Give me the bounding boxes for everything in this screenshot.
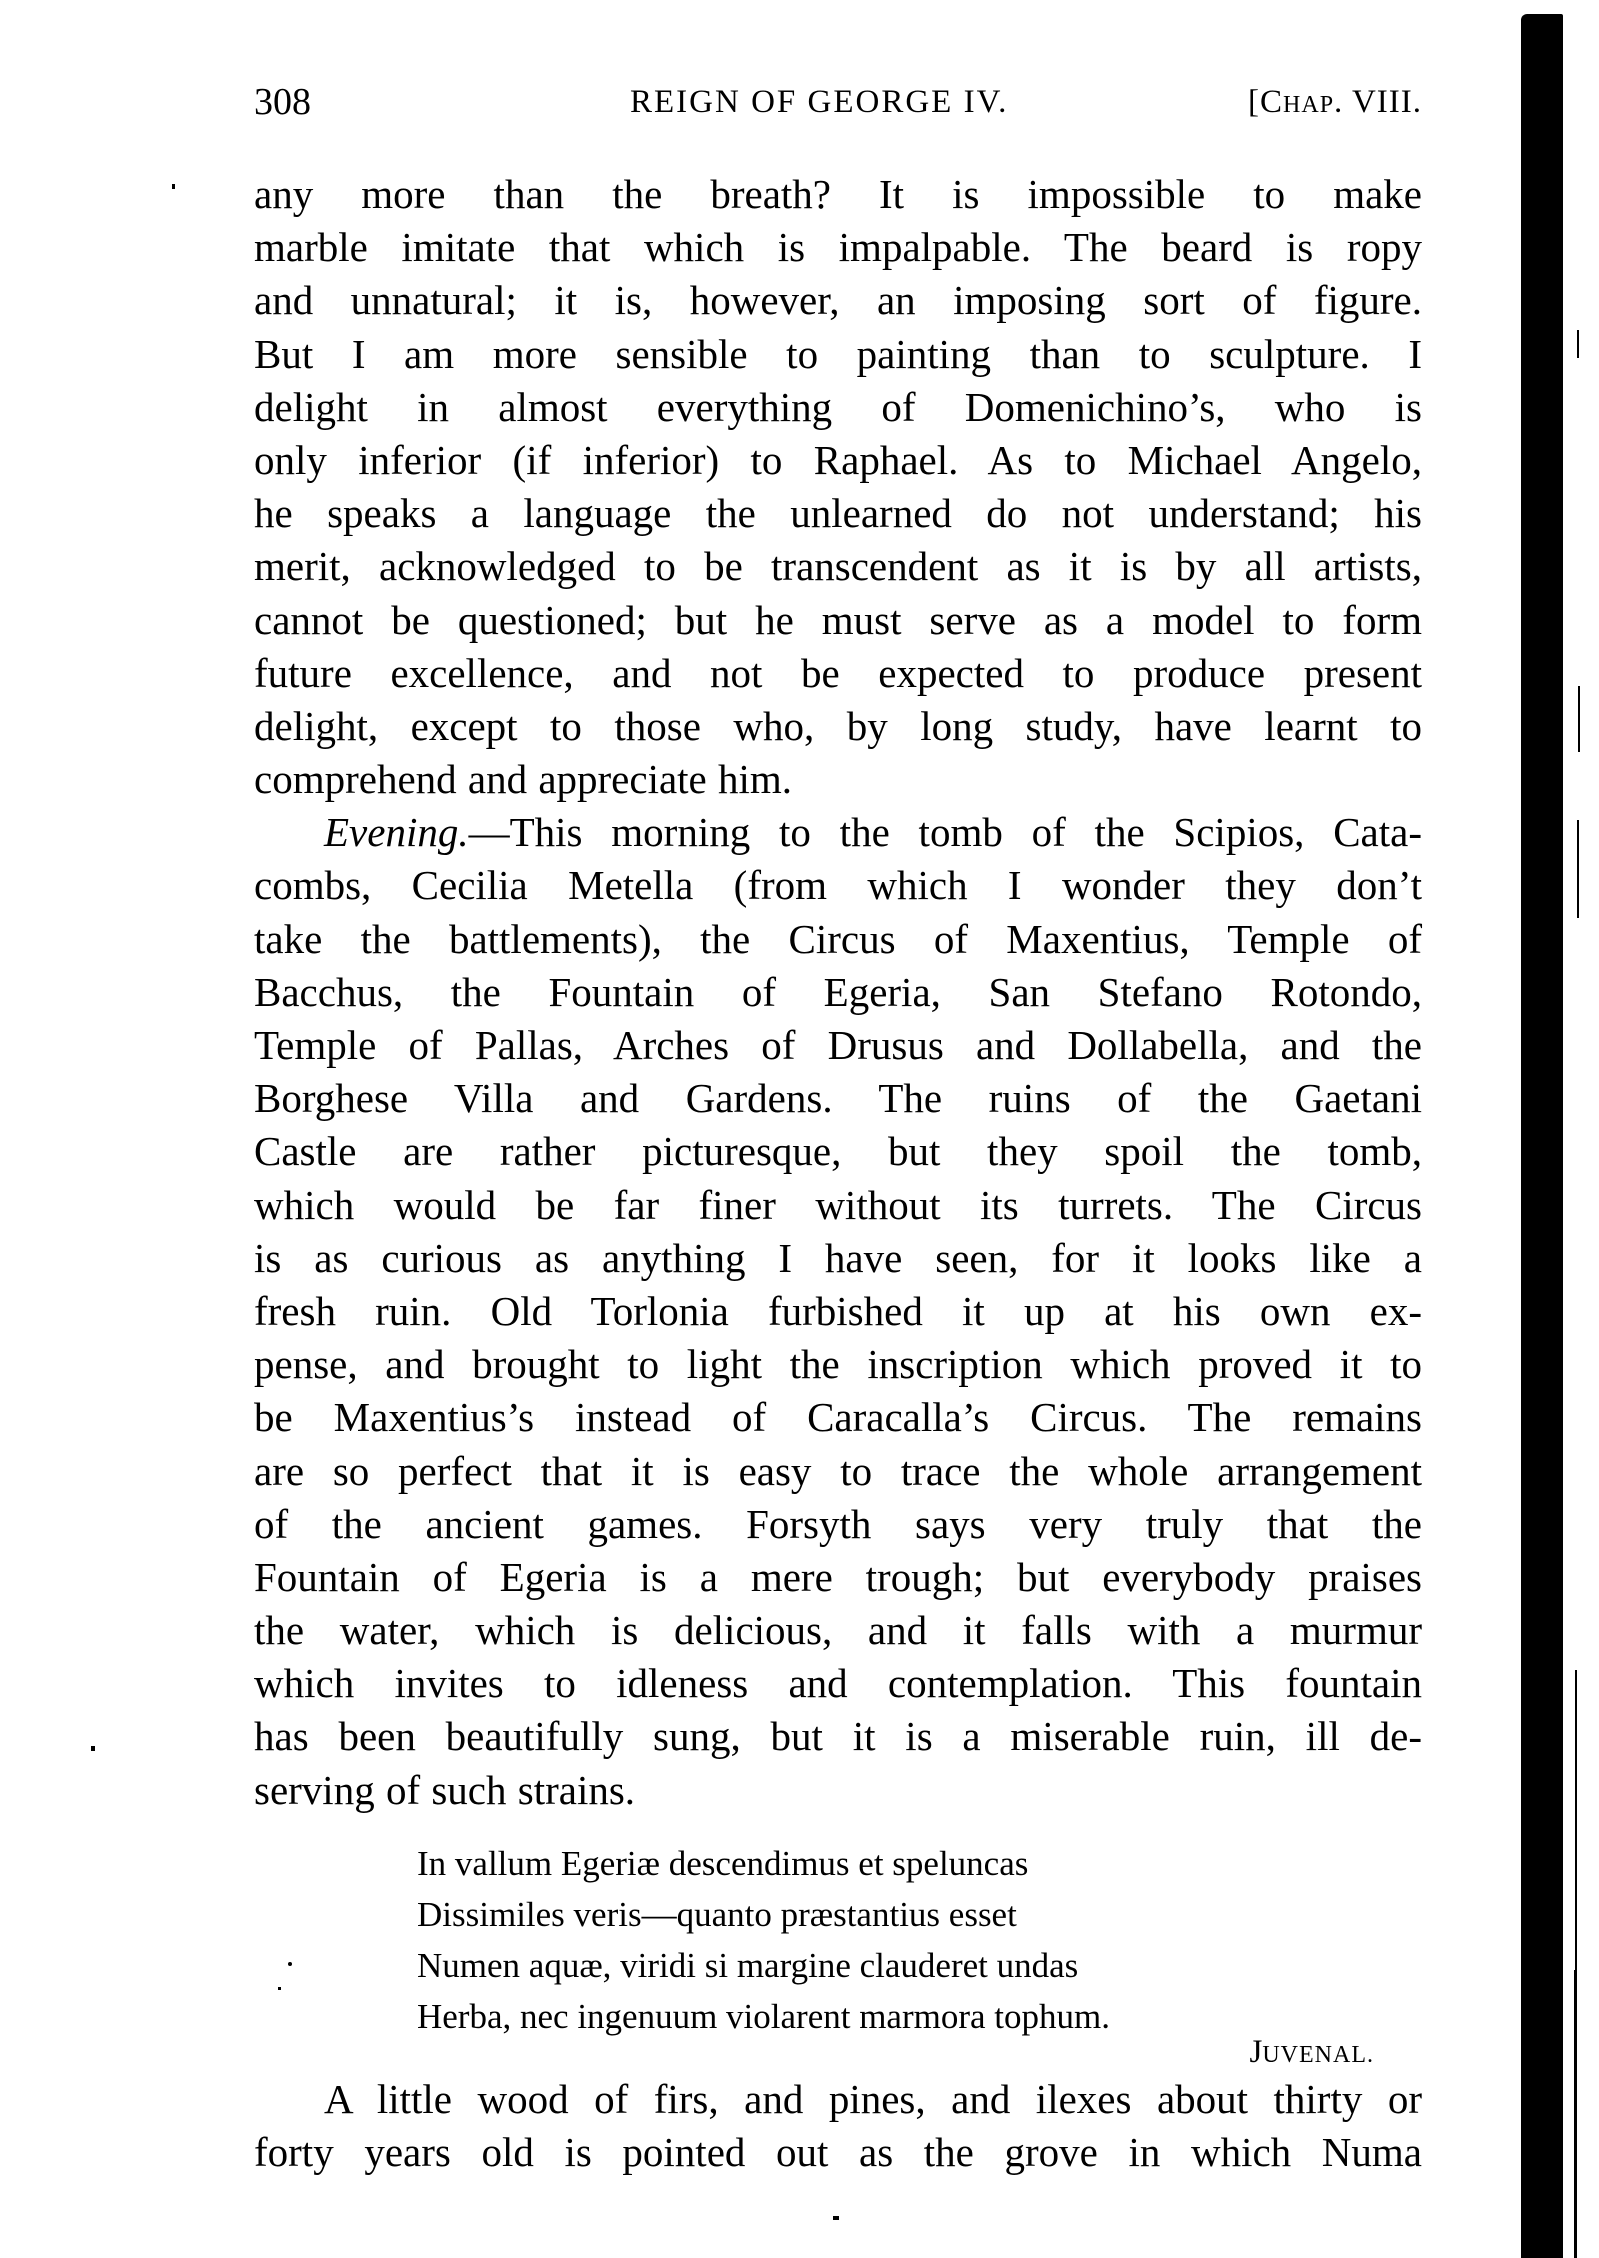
text-line: are so perfect that it is easy to trace …	[254, 1445, 1422, 1498]
italic-lead: Evening.	[324, 809, 469, 855]
text-line: he speaks a language the unlearned do no…	[254, 487, 1422, 540]
margin-scratch	[1577, 330, 1579, 358]
attribution-smallcaps: UVENAL.	[1262, 2042, 1374, 2068]
text-line: A little wood of firs, and pines, and il…	[254, 2073, 1422, 2126]
verse-quotation: In vallum Egeriæ descendimus et spelunca…	[417, 1838, 1397, 2042]
text-line: serving of such strains.	[254, 1764, 1422, 1817]
margin-scratch	[1578, 686, 1580, 752]
chapter-label: [CHAP. VIII.	[1248, 78, 1422, 129]
text-line: fresh ruin. Old Torlonia furbished it up…	[254, 1285, 1422, 1338]
text-line: merit, acknowledged to be transcendent a…	[254, 540, 1422, 593]
text-line: Bacchus, the Fountain of Egeria, San Ste…	[254, 966, 1422, 1019]
text-line: and unnatural; it is, however, an imposi…	[254, 274, 1422, 327]
text-line: comprehend and appreciate him.	[254, 753, 1422, 806]
speck-mark	[833, 2216, 839, 2220]
margin-scratch	[1577, 820, 1579, 918]
text-line: has been beautifully sung, but it is a m…	[254, 1710, 1422, 1763]
text-line: Fountain of Egeria is a mere trough; but…	[254, 1551, 1422, 1604]
text-line: forty years old is pointed out as the gr…	[254, 2126, 1422, 2179]
chapter-bracket: [C	[1248, 84, 1283, 120]
paragraph-3: A little wood of firs, and pines, and il…	[254, 2073, 1422, 2179]
text-line: Temple of Pallas, Arches of Drusus and D…	[254, 1019, 1422, 1072]
text-line: which invites to idleness and contemplat…	[254, 1657, 1422, 1710]
speck-mark	[288, 1962, 292, 1966]
verse-line: In vallum Egeriæ descendimus et spelunca…	[417, 1838, 1397, 1889]
paragraph-2: Evening.—This morning to the tomb of the…	[254, 806, 1422, 1817]
paragraph-1: any more than the breath? It is impossib…	[254, 168, 1422, 806]
text-line: But I am more sensible to painting than …	[254, 328, 1422, 381]
margin-scratch	[1574, 1970, 1577, 2258]
speck-mark	[172, 184, 175, 189]
chapter-smallcaps: HAP	[1283, 92, 1334, 118]
text-line: only inferior (if inferior) to Raphael. …	[254, 434, 1422, 487]
margin-scratch	[1575, 1670, 1577, 1970]
text-line: Borghese Villa and Gardens. The ruins of…	[254, 1072, 1422, 1125]
speck-mark	[91, 1746, 95, 1751]
speck-mark	[278, 1987, 281, 1990]
text-line: future excellence, and not be expected t…	[254, 647, 1422, 700]
binding-shadow-bar	[1521, 14, 1563, 2258]
page-number: 308	[254, 78, 311, 126]
text-line: of the ancient games. Forsyth says very …	[254, 1498, 1422, 1551]
running-title: REIGN OF GEORGE IV.	[630, 78, 1008, 126]
text-line: marble imitate that which is impalpable.…	[254, 221, 1422, 274]
running-header: 308 REIGN OF GEORGE IV. [CHAP. VIII.	[254, 78, 1422, 126]
text-line: is as curious as anything I have seen, f…	[254, 1232, 1422, 1285]
attribution-initial: J	[1250, 2034, 1263, 2070]
text-line: take the battlements), the Circus of Max…	[254, 913, 1422, 966]
text-line: combs, Cecilia Metella (from which I won…	[254, 859, 1422, 912]
text-line-first: Evening.—This morning to the tomb of the…	[254, 806, 1422, 859]
verse-attribution: JUVENAL.	[1250, 2028, 1375, 2079]
text-line: pense, and brought to light the inscript…	[254, 1338, 1422, 1391]
text-line: delight in almost everything of Domenich…	[254, 381, 1422, 434]
text-line: the water, which is delicious, and it fa…	[254, 1604, 1422, 1657]
text-line: be Maxentius’s instead of Caracalla’s Ci…	[254, 1391, 1422, 1444]
chapter-number: . VIII.	[1334, 84, 1422, 120]
text-line: which would be far finer without its tur…	[254, 1179, 1422, 1232]
text-line: delight, except to those who, by long st…	[254, 700, 1422, 753]
text-line: cannot be questioned; but he must serve …	[254, 594, 1422, 647]
first-line-rest: —This morning to the tomb of the Scipios…	[469, 809, 1422, 855]
body-text: any more than the breath? It is impossib…	[254, 168, 1422, 1817]
verse-line: Numen aquæ, viridi si margine clauderet …	[417, 1940, 1397, 1991]
verse-line: Dissimiles veris—quanto præstantius esse…	[417, 1889, 1397, 1940]
text-line: Castle are rather picturesque, but they …	[254, 1125, 1422, 1178]
text-line: any more than the breath? It is impossib…	[254, 168, 1422, 221]
